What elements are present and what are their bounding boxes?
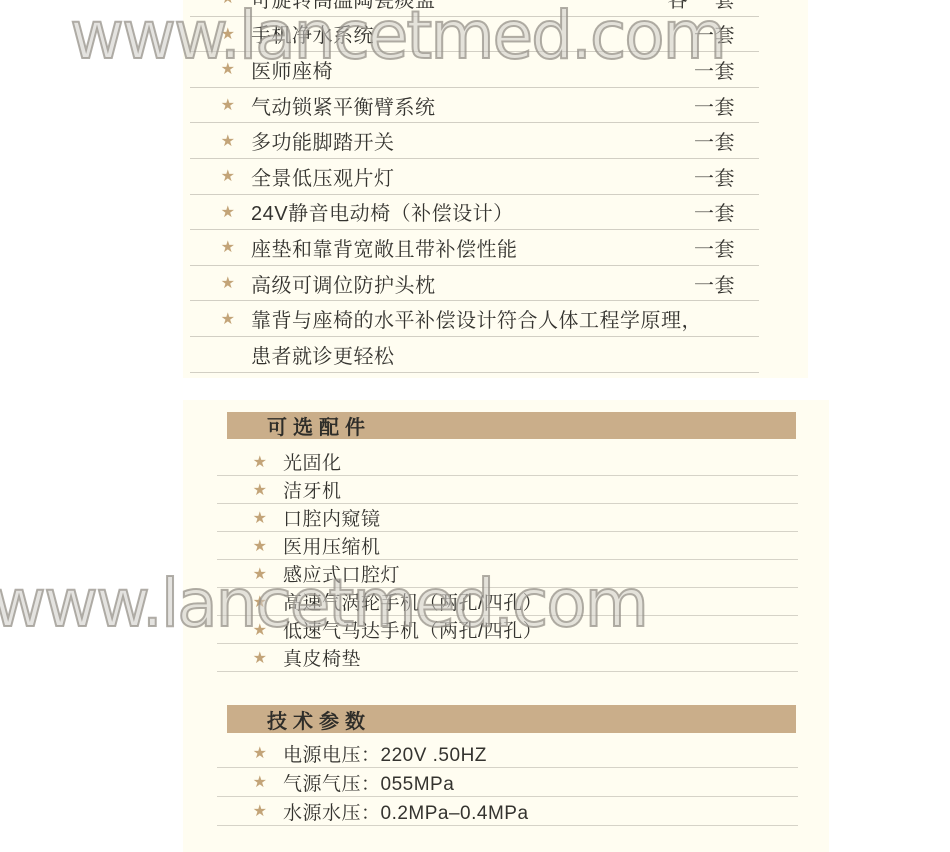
item-label: 靠背与座椅的水平补偿设计符合人体工程学原理， <box>251 304 702 333</box>
item-quantity: 一套 <box>694 269 735 298</box>
parameter-row: ★ 气源气压：055MPa <box>217 768 798 797</box>
accessory-label: 口腔内窥镜 <box>283 504 381 531</box>
accessory-row: ★ 感应式口腔灯 <box>217 560 798 588</box>
accessory-label: 真皮椅垫 <box>283 644 361 671</box>
star-icon: ★ <box>218 131 238 151</box>
standard-item-row: ★ 高级可调位防护头枕 一套 <box>190 266 759 302</box>
item-label: 患者就诊更轻松 <box>251 340 395 369</box>
optional-accessories-header: 可选配件 <box>227 412 796 439</box>
item-label: 气动锁紧平衡臂系统 <box>251 91 436 120</box>
star-icon: ★ <box>250 743 270 763</box>
accessory-label: 洁牙机 <box>283 476 342 503</box>
accessory-label: 感应式口腔灯 <box>283 560 400 587</box>
star-icon: ★ <box>250 508 270 528</box>
accessory-label: 医用压缩机 <box>283 532 381 559</box>
star-icon: ★ <box>218 24 238 44</box>
details-panel: 可选配件 ★ 光固化 ★ 洁牙机 ★ 口腔内窥镜 <box>183 400 829 852</box>
accessory-row: ★ 医用压缩机 <box>217 532 798 560</box>
item-label: 高级可调位防护头枕 <box>251 269 436 298</box>
parameter-label: 气源气压：055MPa <box>283 769 454 796</box>
standard-item-row: ★ 多功能脚踏开关 一套 <box>190 123 759 159</box>
accessory-row: ★ 真皮椅垫 <box>217 644 798 672</box>
item-quantity: 一套 <box>694 233 735 262</box>
star-icon: ★ <box>218 59 238 79</box>
item-quantity: 一套 <box>694 19 735 48</box>
accessory-row: ★ 低速气马达手机（两孔/四孔） <box>217 616 798 644</box>
star-icon: ★ <box>250 592 270 612</box>
parameter-row: ★ 电源电压：220V .50HZ <box>217 739 798 768</box>
optional-accessories-list: ★ 光固化 ★ 洁牙机 ★ 口腔内窥镜 ★ 医用压缩机 <box>217 448 798 672</box>
star-icon: ★ <box>250 648 270 668</box>
accessory-row: ★ 洁牙机 <box>217 476 798 504</box>
standard-item-row: ★ 气动锁紧平衡臂系统 一套 <box>190 88 759 124</box>
parameter-label: 水源水压：0.2MPa–0.4MPa <box>283 798 529 825</box>
star-icon: ★ <box>218 166 238 186</box>
accessory-row: ★ 高速气涡轮手机（两孔/四孔） <box>217 588 798 616</box>
star-icon: ★ <box>250 564 270 584</box>
parameter-row: ★ 水源水压：0.2MPa–0.4MPa <box>217 797 798 826</box>
item-label: 手机净水系统 <box>251 19 374 48</box>
star-icon: ★ <box>250 772 270 792</box>
star-icon: ★ <box>250 452 270 472</box>
standard-item-row: ★ 可旋转高温陶瓷痰盂 各 一套 <box>190 0 759 17</box>
accessory-row: ★ 光固化 <box>217 448 798 476</box>
standard-item-row: ★ 座垫和靠背宽敞且带补偿性能 一套 <box>190 230 759 266</box>
item-label: 全景低压观片灯 <box>251 162 395 191</box>
product-spec-page: ★ 可旋转高温陶瓷痰盂 各 一套 ★ 手机净水系统 一套 ★ 医师座椅 一套 <box>0 0 950 852</box>
star-icon: ★ <box>218 309 238 329</box>
star-icon: ★ <box>218 95 238 115</box>
item-quantity: 一套 <box>694 55 735 84</box>
star-icon: ★ <box>250 480 270 500</box>
parameter-label: 电源电压：220V .50HZ <box>283 740 487 767</box>
accessory-label: 低速气马达手机（两孔/四孔） <box>283 616 542 643</box>
item-quantity: 一套 <box>694 126 735 155</box>
item-label: 医师座椅 <box>251 55 333 84</box>
standard-items-panel: ★ 可旋转高温陶瓷痰盂 各 一套 ★ 手机净水系统 一套 ★ 医师座椅 一套 <box>183 0 808 378</box>
standard-item-row: ★ 患者就诊更轻松 <box>190 337 759 373</box>
star-icon: ★ <box>218 0 238 8</box>
technical-parameters-header: 技术参数 <box>227 705 796 733</box>
star-icon: ★ <box>250 620 270 640</box>
section-title: 技术参数 <box>267 705 371 734</box>
section-title: 可选配件 <box>267 411 371 440</box>
star-icon: ★ <box>218 237 238 257</box>
technical-parameters-list: ★ 电源电压：220V .50HZ ★ 气源气压：055MPa ★ 水源水压：0… <box>217 739 798 826</box>
item-label: 多功能脚踏开关 <box>251 126 395 155</box>
item-quantity: 一套 <box>694 197 735 226</box>
star-icon: ★ <box>218 202 238 222</box>
item-quantity: 一套 <box>694 162 735 191</box>
item-label: 座垫和靠背宽敞且带补偿性能 <box>251 233 518 262</box>
item-quantity: 各 一套 <box>667 0 735 13</box>
item-label: 可旋转高温陶瓷痰盂 <box>251 0 436 13</box>
standard-item-row: ★ 靠背与座椅的水平补偿设计符合人体工程学原理， <box>190 301 759 337</box>
standard-item-row: ★ 全景低压观片灯 一套 <box>190 159 759 195</box>
accessory-row: ★ 口腔内窥镜 <box>217 504 798 532</box>
standard-item-row: ★ 24V静音电动椅（补偿设计） 一套 <box>190 195 759 231</box>
item-quantity: 一套 <box>694 91 735 120</box>
item-label: 24V静音电动椅（补偿设计） <box>251 197 514 226</box>
star-icon: ★ <box>250 801 270 821</box>
standard-item-row: ★ 医师座椅 一套 <box>190 52 759 88</box>
star-icon: ★ <box>250 536 270 556</box>
accessory-label: 光固化 <box>283 448 342 475</box>
accessory-label: 高速气涡轮手机（两孔/四孔） <box>283 588 542 615</box>
star-icon: ★ <box>218 273 238 293</box>
standard-item-row: ★ 手机净水系统 一套 <box>190 17 759 53</box>
standard-items-list: ★ 可旋转高温陶瓷痰盂 各 一套 ★ 手机净水系统 一套 ★ 医师座椅 一套 <box>190 0 759 373</box>
